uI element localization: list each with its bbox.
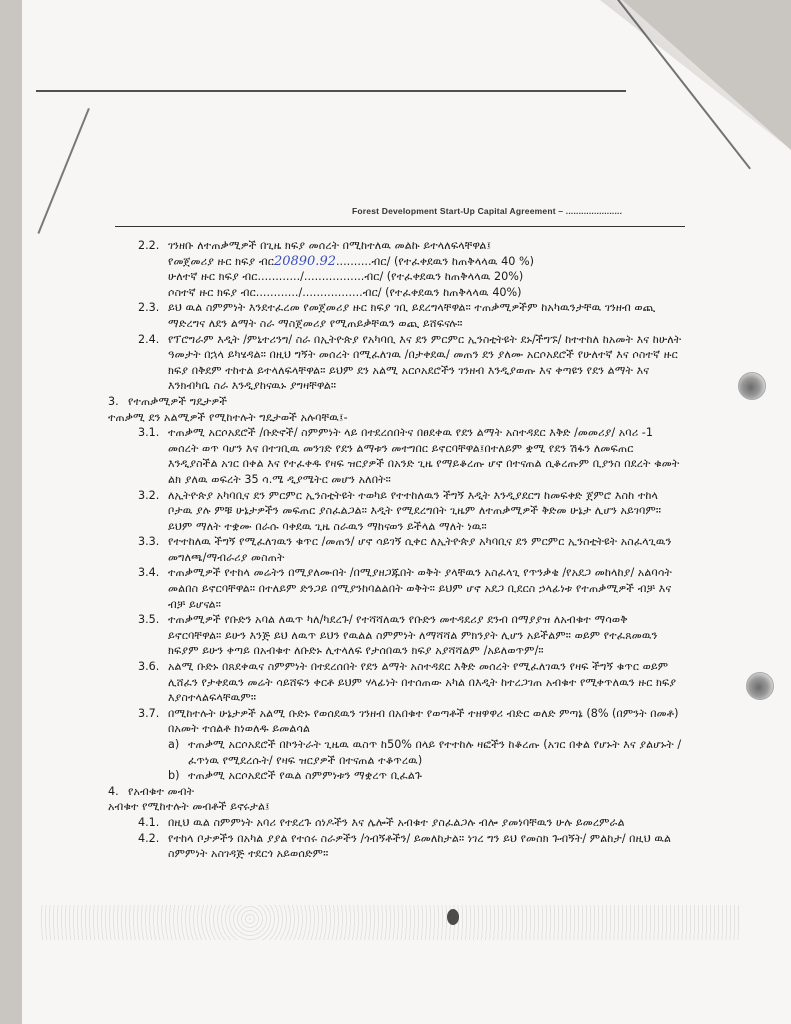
- scan-line-top: [36, 90, 626, 92]
- clause-3-7: 3.7. በሚከተሉት ሁኔታዎች አልሚ ቡድኑ የወሰደዉን ገንዘብ በአ…: [138, 706, 683, 784]
- payment-line-2: ሁለተኛ ዙር ክፍያ ብር............/.............…: [168, 269, 683, 285]
- clause-3-4: 3.4. ተጠቃሚዎች የተከላ መሬትን በሚያለሙበት /በሚያዘጋጁበት …: [138, 565, 683, 612]
- clause-3-5: 3.5. ተጠቃሚዎች የቡድን አባል ለዉጥ ካለ/ካደረጉ/ የተሻሻለዉ…: [138, 612, 683, 659]
- section-3-heading: 3. የተጠቃሚዎች ግዴታዎች: [108, 394, 683, 410]
- clause-4-1: 4.1. በዚህ ዉል ስምምነት አባሪ የተደረጉ ሰነዶችን እና ሌሎች…: [138, 815, 683, 831]
- section-4-intro: አብቁተ የሚከተሉት መብቶች ይኖሩታል፤: [108, 799, 683, 815]
- payment-line-3: ሶስተኛ ዙር ክፍያ ብር............/.............…: [168, 285, 683, 301]
- punch-hole-lower: [746, 672, 774, 700]
- section-4-heading: 4. የአብቁተ መብት: [108, 784, 683, 800]
- header-rule: [115, 226, 685, 227]
- punch-hole-upper: [738, 372, 766, 400]
- clause-3-3: 3.3. የተተከለዉ ችግኝ የሚፈለገዉን ቁጥር /መጠን/ ሆኖ ሳይገ…: [138, 534, 683, 565]
- clause-2-2: 2.2. ገንዘቡ ለተጠቃሚዎች በጊዜ ክፍያ መሰረት በሚከተለዉ መል…: [138, 238, 683, 300]
- scan-smudge: [40, 905, 740, 940]
- payment-line-1: የመጀመሪያ ዙር ክፍያ ብር20890.92..........ብር/ (የ…: [168, 254, 683, 270]
- section-3-intro: ተጠቃሚ ደን አልሚዎች የሚከተሉት ግዴታወች አሉባቸዉ፤-: [108, 410, 683, 426]
- clause-3-1: 3.1. ተጠቃሚ አርሶአደሮች /ቡድኖች/ ስምምነት ላይ በተደረሰበ…: [138, 425, 683, 487]
- handwritten-amount: 20890.92: [274, 254, 336, 269]
- clause-4-2: 4.2. የተከላ ቦታዎችን በአካል ያያል የተሰሩ ስራዎችን /ጎብኝ…: [138, 831, 683, 862]
- document-header: Forest Development Start-Up Capital Agre…: [352, 206, 622, 216]
- clause-text: ገንዘቡ ለተጠቃሚዎች በጊዜ ክፍያ መሰረት በሚከተለዉ መልኩ ይተላ…: [168, 238, 683, 254]
- clause-3-2: 3.2. ለኢትዮጵያ አካባቢና ደን ምርምር ኢንስቲትዩት ተወካይ የ…: [138, 488, 683, 535]
- clause-2-4: 2.4. የፕሮግራም እዲት /ምኒተሪንግ/ ስራ በኢትዮጵያ የአካባቢ…: [138, 332, 683, 394]
- document-body: 2.2. ገንዘቡ ለተጠቃሚዎች በጊዜ ክፍያ መሰረት በሚከተለዉ መል…: [108, 238, 683, 862]
- folded-corner: [600, 0, 791, 160]
- clause-3-7-a: a) ተጠቃሚ አርሶአደሮች በኮንትራት ጊዜዉ ዉስጥ ከ50% በላይ …: [168, 737, 683, 768]
- clause-2-3: 2.3. ይህ ዉል ስምምነት እንደተፈረመ የመጀመሪያ ዙር ክፍያ ገ…: [138, 300, 683, 331]
- clause-3-6: 3.6. አልሚ ቡድኑ በጸደቀዉና ስምምነት በተደረሰበት የደን ልማ…: [138, 659, 683, 706]
- ink-blot: [447, 909, 459, 925]
- clause-3-7-b: b) ተጠቃሚ አርሶአደሮች የዉል ስምምነቱን ማቋረጥ ቢፈልጉ: [168, 768, 683, 784]
